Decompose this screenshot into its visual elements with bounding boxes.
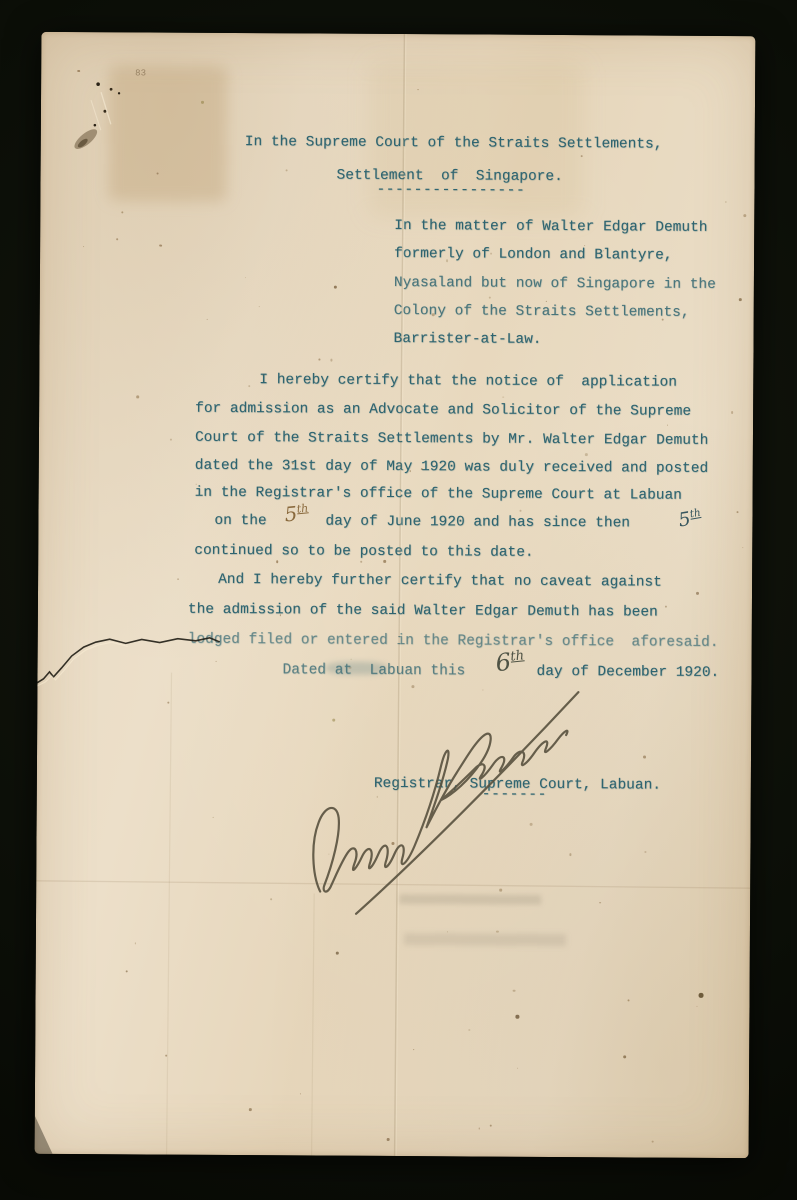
foxing-speck — [384, 560, 387, 563]
foxing-speck — [725, 201, 727, 203]
foxing-speck — [502, 396, 503, 397]
foxing-speck — [585, 453, 588, 456]
foxing-speck — [581, 155, 583, 157]
foxing-speck — [270, 898, 272, 900]
foxing-speck — [651, 1141, 653, 1143]
header-dashed-rule: ---------------- — [376, 182, 525, 199]
foxing-speck — [667, 424, 668, 425]
foxing-speck — [318, 359, 320, 361]
certificate-line: dated the 31st day of May 1920 was duly … — [195, 458, 708, 477]
foxing-speck — [569, 853, 571, 855]
foxing-speck — [479, 1128, 480, 1129]
horizontal-fold-crease — [36, 881, 750, 888]
foxing-speck — [300, 1093, 301, 1094]
foxing-speck — [645, 851, 647, 853]
foxing-speck — [469, 1029, 471, 1031]
caveat-line: the admission of the said Walter Edgar D… — [188, 602, 658, 621]
foxing-speck — [330, 359, 333, 362]
foxing-speck — [489, 296, 491, 298]
paper-tear-highlight — [35, 642, 127, 688]
foxing-speck — [334, 286, 337, 289]
handwritten-day-june-margin: 5th — [677, 506, 703, 532]
foxing-speck — [742, 547, 743, 548]
foxing-speck — [697, 1006, 698, 1007]
pin-holes — [71, 82, 120, 152]
caveat-line: And I hereby further certify that no cav… — [218, 572, 662, 591]
foxing-speck — [329, 853, 330, 854]
foxing-speck — [157, 173, 159, 175]
foxing-speck — [77, 70, 79, 72]
foxing-speck — [212, 817, 213, 818]
archive-number-mark: 83 — [135, 68, 146, 78]
handwritten-day-december: 6th — [494, 646, 526, 677]
foxing-speck — [520, 510, 522, 512]
foxing-speck — [387, 1138, 390, 1141]
foxing-speck — [529, 823, 532, 826]
foxing-speck — [360, 561, 362, 563]
foxing-speck — [447, 932, 448, 933]
foxing-speck — [412, 686, 415, 689]
foxing-speck — [116, 238, 118, 240]
foxing-speck — [248, 385, 250, 387]
certificate-line-fragment: on the — [214, 513, 266, 529]
vertical-fold-crease — [395, 34, 405, 1156]
corner-fold-shadow — [35, 1116, 53, 1154]
foxing-speck — [286, 169, 288, 171]
foxing-speck — [623, 1055, 626, 1058]
foxing-speck — [743, 214, 746, 217]
vertical-fold-crease-lower — [312, 894, 315, 1156]
foxing-speck — [490, 1125, 492, 1127]
corner-stain — [108, 65, 227, 202]
foxing-speck — [500, 889, 502, 891]
foxing-speck — [332, 719, 335, 722]
foxing-speck — [201, 101, 204, 104]
dated-line-fragment: Dated at Labuan this — [282, 662, 465, 679]
foxing-speck — [207, 318, 208, 319]
handwritten-day-june: 5th — [283, 500, 309, 526]
foxing-speck — [168, 702, 170, 704]
damage-and-signature-overlay — [35, 32, 756, 1158]
foxing-speck — [643, 755, 646, 758]
foxing-speck — [391, 842, 394, 845]
foxing-speck — [126, 970, 128, 972]
foxing-speck — [517, 1068, 518, 1069]
foxing-speck — [417, 89, 419, 91]
matter-line: Nyasaland but now of Singapore in the — [394, 275, 716, 293]
foxing-speck — [414, 1049, 415, 1050]
vertical-fold-highlight — [396, 34, 406, 1156]
show-through-smudge — [399, 894, 541, 905]
signature-underline-stroke — [356, 691, 578, 915]
foxing-speck — [245, 277, 246, 278]
foxing-speck — [546, 301, 547, 302]
foxing-speck — [165, 1055, 167, 1057]
foxing-speck — [696, 592, 699, 595]
foxing-speck — [482, 689, 483, 690]
foxing-speck — [276, 560, 279, 563]
foxing-speck — [513, 989, 515, 991]
foxing-speck — [170, 438, 172, 440]
foxing-speck — [665, 605, 667, 607]
foxing-speck — [737, 511, 739, 513]
foxing-speck — [160, 244, 162, 246]
signature-name-stroke — [313, 729, 567, 893]
foxing-speck — [121, 211, 123, 213]
header-court-line: In the Supreme Court of the Straits Sett… — [245, 134, 663, 153]
foxing-speck — [136, 396, 139, 399]
foxing-speck — [83, 246, 84, 247]
foxing-speck — [699, 993, 704, 998]
certificate-line-fragment: day of June 1920 and has since then — [325, 514, 630, 532]
caveat-line: lodged filed or entered in the Registrar… — [188, 632, 719, 651]
certificate-line: for admission as an Advocate and Solicit… — [195, 401, 691, 420]
foxing-speck — [627, 999, 629, 1001]
vertical-fold-crease-left — [167, 673, 172, 1155]
show-through-smudge — [404, 933, 566, 946]
foxing-speck — [215, 661, 216, 662]
matter-line: Barrister-at-Law. — [394, 331, 542, 348]
certificate-line: Court of the Straits Settlements by Mr. … — [195, 430, 708, 449]
foxing-speck — [351, 658, 352, 659]
foxing-speck — [178, 578, 180, 580]
certificate-line: in the Registrar's office of the Supreme… — [195, 485, 682, 504]
foxing-speck — [731, 411, 733, 413]
registrar-dashed-rule: ------- — [482, 787, 547, 803]
foxing-speck — [336, 952, 339, 955]
foxing-speck — [585, 245, 586, 246]
foxing-speck — [249, 1108, 252, 1111]
foxing-speck — [599, 902, 601, 904]
foxing-speck — [135, 943, 136, 944]
document-page: 83 In the Supreme Court of the Straits S… — [35, 32, 756, 1158]
foxing-speck — [739, 298, 742, 301]
foxing-speck — [515, 1015, 519, 1019]
dated-line-fragment: day of December 1920. — [536, 664, 719, 681]
matter-line: formerly of London and Blantyre, — [394, 246, 673, 264]
foxing-speck — [258, 306, 259, 307]
matter-line: In the matter of Walter Edgar Demuth — [394, 218, 707, 236]
certificate-line: continued so to be posted to this date. — [194, 543, 533, 561]
foxing-speck — [376, 796, 378, 798]
scanned-document-photo: { "colors": { "ink": "#2e6470", "paper":… — [0, 0, 797, 1200]
certificate-line: I hereby certify that the notice of appl… — [259, 372, 677, 391]
matter-line: Colony of the Straits Settlements, — [394, 303, 690, 321]
foxing-speck — [496, 931, 498, 933]
